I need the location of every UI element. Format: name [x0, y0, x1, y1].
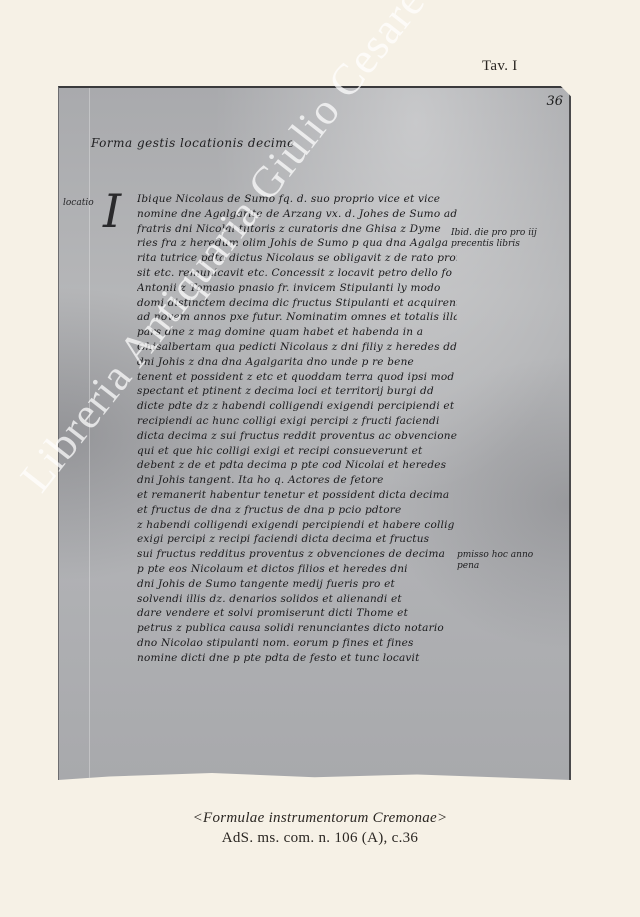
- manuscript-line: spectant et ptinent z decima loci et ter…: [137, 384, 457, 399]
- manuscript-line: Antonii z Tomasio pnasio fr. invicem Sti…: [137, 281, 457, 296]
- margin-note-line: Ibid. die pro pro iij: [451, 228, 537, 239]
- manuscript-photo: 36 Forma gestis locationis decime locati…: [58, 86, 571, 780]
- manuscript-line: rita tutrice pdta dictus Nicolaus se obl…: [137, 251, 457, 266]
- manuscript-line: ries fra z heredum olim Johis de Sumo p …: [137, 236, 457, 251]
- manuscript-line: petrus z publica causa solidi renunciant…: [137, 621, 457, 636]
- manuscript-line: et remanerit habentur tenetur et posside…: [137, 488, 457, 503]
- manuscript-line: debent z de et pdta decima p pte cod Nic…: [137, 458, 457, 473]
- manuscript-line: nomine dicti dne p pte pdta de festo et …: [137, 651, 457, 666]
- manuscript-line: dicta decima z sui fructus reddit proven…: [137, 429, 457, 444]
- manuscript-line: dni Johis z dna dna Agalgarita dno unde …: [137, 355, 457, 370]
- manuscript-line: Ibique Nicolaus de Sumo fq. d. suo propr…: [137, 192, 457, 207]
- manuscript-heading: Forma gestis locationis decime: [91, 136, 295, 150]
- manuscript-line: fratris dni Nicolai tutoris z curatoris …: [137, 222, 457, 237]
- manuscript-line: domi distinctem decima dic fructus Stipu…: [137, 296, 457, 311]
- margin-note-right: Ibid. die pro pro iij precentis libris: [451, 228, 537, 250]
- margin-note-right: pmisso hoc anno pena: [457, 550, 533, 572]
- margin-note-line: pena: [457, 561, 533, 572]
- manuscript-line: z habendi colligendi exigendi percipiend…: [137, 518, 457, 533]
- manuscript-line: recipiendi ac hunc colligi exigi percipi…: [137, 414, 457, 429]
- decorated-initial: I: [103, 188, 121, 234]
- manuscript-line: Ghisalbertam qua pedicti Nicolaus z dni …: [137, 340, 457, 355]
- manuscript-line: exigi percipi z recipi faciendi dicta de…: [137, 532, 457, 547]
- caption-reference: AdS. ms. com. n. 106 (A), c.36: [0, 830, 640, 847]
- manuscript-line: pars dne z mag domine quam habet et habe…: [137, 325, 457, 340]
- manuscript-line: dicte pdte dz z habendi colligendi exige…: [137, 399, 457, 414]
- manuscript-line: ad novem annos pxe futur. Nominatim omne…: [137, 310, 457, 325]
- manuscript-line: sit etc. remunicavit etc. Concessit z lo…: [137, 266, 457, 281]
- manuscript-line: tenent et possident z etc et quoddam ter…: [137, 370, 457, 385]
- manuscript-line: solvendi illis dz. denarios solidos et a…: [137, 592, 457, 607]
- manuscript-line: dare vendere et solvi promiserunt dicti …: [137, 606, 457, 621]
- manuscript-line: nomine dne Agalgarite de Arzang vx. d. J…: [137, 207, 457, 222]
- manuscript-text-block: Ibique Nicolaus de Sumo fq. d. suo propr…: [137, 192, 457, 666]
- manuscript-line: sui fructus redditus proventus z obvenci…: [137, 547, 457, 562]
- manuscript-line: et fructus de dna z fructus de dna p pci…: [137, 503, 457, 518]
- folio-number: 36: [546, 94, 563, 109]
- margin-note-line: precentis libris: [451, 239, 537, 250]
- ruling-line: [89, 88, 90, 780]
- manuscript-line: qui et que hic colligi exigi et recipi c…: [137, 444, 457, 459]
- margin-note-line: pmisso hoc anno: [457, 550, 533, 561]
- margin-note-left: locatio: [63, 198, 94, 208]
- manuscript-line: p pte eos Nicolaum et dictos filios et h…: [137, 562, 457, 577]
- manuscript-line: dni Johis de Sumo tangente medij fueris …: [137, 577, 457, 592]
- manuscript-line: dni Johis tangent. Ita ho q. Actores de …: [137, 473, 457, 488]
- manuscript-line: dno Nicolao stipulanti nom. eorum p fine…: [137, 636, 457, 651]
- plate-label: Tav. I: [482, 58, 518, 75]
- caption-title: <Formulae instrumentorum Cremonae>: [0, 810, 640, 827]
